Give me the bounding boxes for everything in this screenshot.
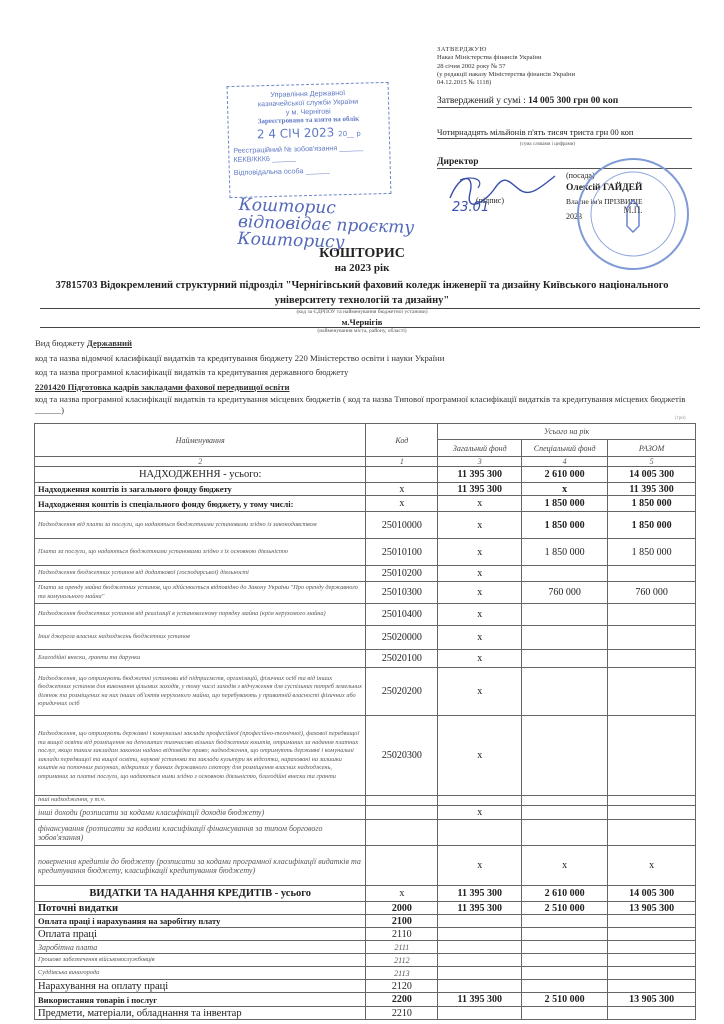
col-number: 5 (608, 457, 696, 467)
row-special (522, 928, 608, 941)
row-special (522, 668, 608, 716)
approval-line: Наказ Міністерства фінансів України (437, 54, 707, 62)
table-row: Оплата праці 2110 (35, 928, 696, 941)
table-row: Надходження, що отримують державні і ком… (35, 716, 696, 796)
row-total (608, 796, 696, 806)
row-name: інші надходження, у т.ч. (35, 796, 366, 806)
row-special (522, 820, 608, 846)
row-name: Надходження, що отримують бюджетні устан… (35, 668, 366, 716)
row-general: x (438, 668, 522, 716)
row-general: x (438, 582, 522, 604)
row-total: 11 395 300 (608, 483, 696, 496)
row-code: 2112 (366, 954, 438, 967)
row-code: x (366, 483, 438, 496)
row-total (608, 820, 696, 846)
table-row: Предмети, матеріали, обладнання та інвен… (35, 1007, 696, 1020)
row-code: 25010100 (366, 539, 438, 566)
row-special (522, 626, 608, 650)
table-row: Грошове забезпечення військовослужбовців… (35, 954, 696, 967)
approval-line: 04.12.2015 № 1118) (437, 79, 707, 87)
row-total (608, 626, 696, 650)
document-year: на 2023 рік (0, 262, 724, 274)
row-name: інші доходи (розписати за кодами класифі… (35, 806, 366, 820)
city: м.Чернігів (0, 317, 724, 327)
row-general: 11 395 300 (438, 467, 522, 483)
row-name: НАДХОДЖЕННЯ - усього: (35, 467, 366, 483)
row-total (608, 980, 696, 993)
row-special (522, 941, 608, 954)
row-special (522, 980, 608, 993)
row-code: 2113 (366, 967, 438, 980)
row-code (366, 820, 438, 846)
sum-words-caption: (сума словами і цифрами) (520, 142, 575, 147)
row-code (366, 467, 438, 483)
row-special (522, 650, 608, 668)
row-name: Надходження коштів із загального фонду б… (35, 483, 366, 496)
stamp-date-suffix: 20__ р (338, 130, 361, 139)
signature-date: 23.01 (452, 200, 489, 215)
row-total: 1 850 000 (608, 512, 696, 539)
row-general: x (438, 496, 522, 512)
row-name: фінансування (розписати за кодами класиф… (35, 820, 366, 846)
approved-sum-words: Чотирнадцять мільйонів п'ять тисяч трист… (437, 127, 692, 139)
table-row: Нарахування на оплату праці 2120 (35, 980, 696, 993)
row-code (366, 806, 438, 820)
row-code: 2111 (366, 941, 438, 954)
approval-line: 28 січня 2002 року № 57 (437, 63, 707, 71)
row-name: Оплата праці (35, 928, 366, 941)
row-general: x (438, 716, 522, 796)
seal-center: М.П. (579, 205, 687, 215)
row-code: 2000 (366, 902, 438, 915)
column-numbers-row: 2 1 3 4 5 (35, 457, 696, 467)
row-name: Використання товарів і послуг (35, 993, 366, 1007)
col-number: 4 (522, 457, 608, 467)
row-code: 2120 (366, 980, 438, 993)
row-name: Благодійні внески, гранти та дарунки (35, 650, 366, 668)
row-special (522, 604, 608, 626)
row-general (438, 954, 522, 967)
row-total (608, 604, 696, 626)
row-code: 25010200 (366, 566, 438, 582)
row-general: x (438, 650, 522, 668)
units: (грн) (675, 416, 686, 421)
row-total (608, 1007, 696, 1020)
row-code: 25020100 (366, 650, 438, 668)
row-special: 2 610 000 (522, 467, 608, 483)
row-general (438, 820, 522, 846)
row-general: 11 395 300 (438, 483, 522, 496)
row-general (438, 915, 522, 928)
stamp-responsible: Відповідальна особа ______ (234, 164, 386, 177)
table-row: Інші джерела власних надходжень бюджетни… (35, 626, 696, 650)
row-general: x (438, 806, 522, 820)
row-total (608, 941, 696, 954)
header-name: Найменування (35, 424, 366, 457)
row-code: 25010300 (366, 582, 438, 604)
approved-sum-label: Затверджений у сумі : (437, 96, 528, 106)
approved-sum: Затверджений у сумі : 14 005 300 грн 00 … (437, 96, 692, 108)
row-general: 11 395 300 (438, 902, 522, 915)
row-name: Плата за оренду майна бюджетних установ,… (35, 582, 366, 604)
table-row: повернення кредитів до бюджету (розписат… (35, 846, 696, 886)
row-code: 2200 (366, 993, 438, 1007)
row-general (438, 1007, 522, 1020)
row-general: 11 395 300 (438, 993, 522, 1007)
row-total (608, 650, 696, 668)
row-total: 760 000 (608, 582, 696, 604)
row-special: x (522, 483, 608, 496)
row-total: 14 005 300 (608, 467, 696, 483)
row-name: Суддівська винагорода (35, 967, 366, 980)
row-general: x (438, 626, 522, 650)
row-total (608, 668, 696, 716)
table-row: Надходження коштів із спеціального фонду… (35, 496, 696, 512)
table-row: інші надходження, у т.ч. (35, 796, 696, 806)
row-name: ВИДАТКИ ТА НАДАННЯ КРЕДИТІВ - усього (35, 886, 366, 902)
row-total: 13 905 300 (608, 993, 696, 1007)
table-row: Надходження від плати за послуги, що над… (35, 512, 696, 539)
row-code: 25020300 (366, 716, 438, 796)
row-special: x (522, 846, 608, 886)
row-total (608, 566, 696, 582)
row-code: 25020000 (366, 626, 438, 650)
row-code (366, 796, 438, 806)
header-special: Спеціальний фонд (522, 440, 608, 457)
row-name: Надходження бюджетних установ від додатк… (35, 566, 366, 582)
row-total (608, 915, 696, 928)
row-special: 2 510 000 (522, 902, 608, 915)
row-special: 760 000 (522, 582, 608, 604)
row-total (608, 967, 696, 980)
row-special: 2 510 000 (522, 993, 608, 1007)
row-code: 2100 (366, 915, 438, 928)
row-name: Предмети, матеріали, обладнання та інвен… (35, 1007, 366, 1020)
row-general: x (438, 846, 522, 886)
program-classification-value: 2201420 Підготовка кадрів закладами фахо… (35, 380, 705, 395)
row-general (438, 967, 522, 980)
row-special (522, 967, 608, 980)
row-special (522, 796, 608, 806)
row-total: 14 005 300 (608, 886, 696, 902)
table-row: Надходження, що отримують бюджетні устан… (35, 668, 696, 716)
institution-name: 37815703 Відокремлений структурний підро… (0, 278, 724, 308)
local-classification: код та назва програмної класифікації вид… (35, 394, 705, 416)
row-special: 1 850 000 (522, 512, 608, 539)
budget-type-value: Державний (87, 338, 132, 348)
row-name: Надходження, що отримують державні і ком… (35, 716, 366, 796)
table-row: фінансування (розписати за кодами класиф… (35, 820, 696, 846)
row-code: 2210 (366, 1007, 438, 1020)
approval-header: ЗАТВЕРДЖУЮ (437, 46, 707, 54)
row-code: x (366, 496, 438, 512)
row-name: Надходження коштів із спеціального фонду… (35, 496, 366, 512)
table-row: інші доходи (розписати за кодами класифі… (35, 806, 696, 820)
row-special: 2 610 000 (522, 886, 608, 902)
stamp-date: 2 4 СІЧ 2023 (257, 125, 335, 141)
col-number: 3 (438, 457, 522, 467)
row-name: Нарахування на оплату праці (35, 980, 366, 993)
row-special: 1 850 000 (522, 496, 608, 512)
row-general: x (438, 604, 522, 626)
table-row: Благодійні внески, гранти та дарунки 250… (35, 650, 696, 668)
table-row: Заробітна плата 2111 (35, 941, 696, 954)
treasury-stamp: Управління Державної казначейської служб… (227, 82, 392, 198)
row-name: Грошове забезпечення військовослужбовців (35, 954, 366, 967)
table-row: Плата за оренду майна бюджетних установ,… (35, 582, 696, 604)
row-code: 25010000 (366, 512, 438, 539)
row-name: Плата за послуги, що надаються бюджетним… (35, 539, 366, 566)
table-row: Поточні видатки 2000 11 395 300 2 510 00… (35, 902, 696, 915)
approval-line: (у редакції наказу Міністерства фінансів… (437, 71, 707, 79)
institution-caption: (код за ЄДРПОУ та найменування бюджетної… (0, 309, 724, 315)
row-name: повернення кредитів до бюджету (розписат… (35, 846, 366, 886)
row-name: Поточні видатки (35, 902, 366, 915)
header-general: Загальний фонд (438, 440, 522, 457)
col-number: 1 (366, 457, 438, 467)
row-name: Заробітна плата (35, 941, 366, 954)
header-sum: РАЗОМ (608, 440, 696, 457)
row-total (608, 928, 696, 941)
row-general (438, 796, 522, 806)
dept-classification: код та назва відомчої класифікації видат… (35, 351, 705, 366)
row-total (608, 716, 696, 796)
table-row: Суддівська винагорода 2113 (35, 967, 696, 980)
row-name: Надходження бюджетних установ від реаліз… (35, 604, 366, 626)
row-total: 1 850 000 (608, 539, 696, 566)
approved-sum-value: 14 005 300 грн 00 коп (528, 96, 618, 106)
table-row: Надходження коштів із загального фонду б… (35, 483, 696, 496)
row-code (366, 846, 438, 886)
budget-info: Вид бюджету Державний код та назва відом… (35, 336, 705, 416)
row-general: x (438, 539, 522, 566)
table-row: Надходження бюджетних установ від додатк… (35, 566, 696, 582)
table-row: НАДХОДЖЕННЯ - усього: 11 395 300 2 610 0… (35, 467, 696, 483)
row-total (608, 954, 696, 967)
table-row: Використання товарів і послуг 2200 11 39… (35, 993, 696, 1007)
city-caption: (найменування міста, району, області) (0, 328, 724, 334)
row-general: 11 395 300 (438, 886, 522, 902)
row-general: x (438, 512, 522, 539)
row-general: x (438, 566, 522, 582)
row-code: 25020200 (366, 668, 438, 716)
program-classification-label: код та назва програмної класифікації вид… (35, 365, 705, 380)
row-code: x (366, 886, 438, 902)
row-name: Оплата праці і нарахування на заробітну … (35, 915, 366, 928)
budget-table: Найменування Код Усього на рік Загальний… (34, 423, 696, 1020)
row-special (522, 806, 608, 820)
row-special (522, 566, 608, 582)
row-general (438, 980, 522, 993)
table-row: Надходження бюджетних установ від реаліз… (35, 604, 696, 626)
row-special (522, 716, 608, 796)
row-special (522, 1007, 608, 1020)
row-general (438, 941, 522, 954)
document-title: КОШТОРИС (0, 246, 724, 262)
row-total: x (608, 846, 696, 886)
table-row: ВИДАТКИ ТА НАДАННЯ КРЕДИТІВ - усього x 1… (35, 886, 696, 902)
row-general (438, 928, 522, 941)
row-name: Інші джерела власних надходжень бюджетни… (35, 626, 366, 650)
budget-type-label: Вид бюджету (35, 338, 87, 348)
table-row: Оплата праці і нарахування на заробітну … (35, 915, 696, 928)
table-row: Плата за послуги, що надаються бюджетним… (35, 539, 696, 566)
approval-block: ЗАТВЕРДЖУЮ Наказ Міністерства фінансів У… (437, 46, 707, 87)
row-total: 1 850 000 (608, 496, 696, 512)
row-code: 25010400 (366, 604, 438, 626)
row-name: Надходження від плати за послуги, що над… (35, 512, 366, 539)
header-total-year: Усього на рік (438, 424, 696, 440)
row-code: 2110 (366, 928, 438, 941)
header-code: Код (366, 424, 438, 457)
row-special: 1 850 000 (522, 539, 608, 566)
col-number: 2 (35, 457, 366, 467)
row-total: 13 905 300 (608, 902, 696, 915)
row-special (522, 915, 608, 928)
row-total (608, 806, 696, 820)
row-special (522, 954, 608, 967)
